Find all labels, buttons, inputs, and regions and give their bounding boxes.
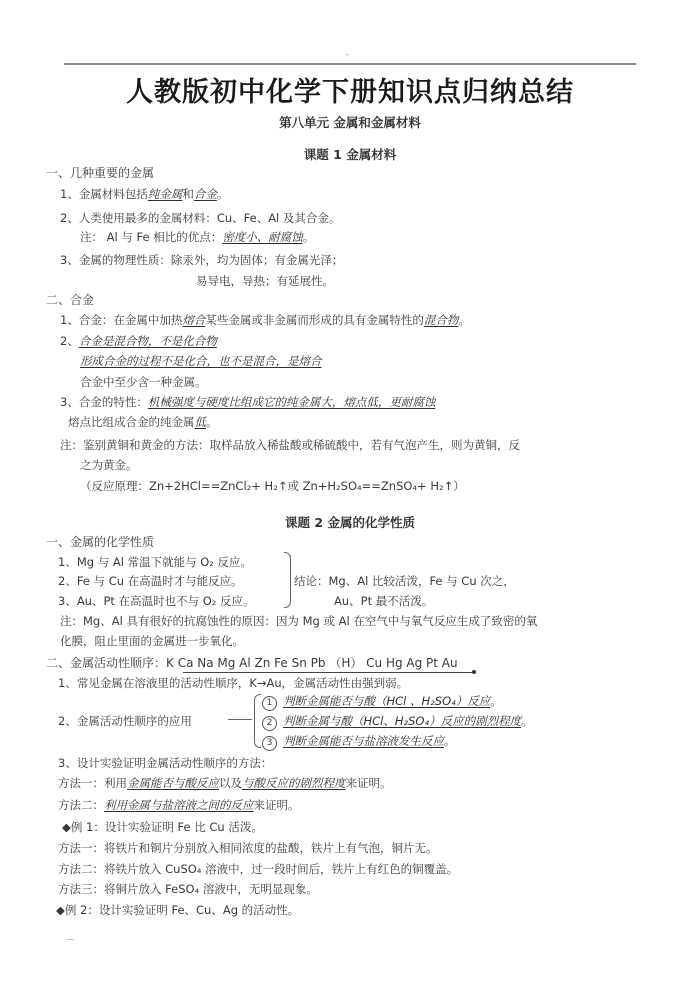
text-line: 1、金属材料包括纯金属和合金。 xyxy=(60,186,228,202)
note-line: 之为黄金。 xyxy=(80,457,138,473)
sequence-arrow-line xyxy=(183,672,473,673)
activity-sequence: K Ca Na Mg Al Zn Fe Sn Pb （H） Cu Hg Ag P… xyxy=(166,656,458,670)
conclusion-line: 结论：Mg、Al 比较活泼，Fe 与 Cu 次之， xyxy=(294,573,515,589)
text-line: 1、常见金属在溶液里的活动性顺序，K→Au，金属活动性由强到弱。 xyxy=(58,675,408,691)
document-page: - 人教版初中化学下册知识点归纳总结 第八单元 金属和金属材料 课题 1 金属材… xyxy=(0,0,700,989)
lesson2-title: 课题 2 金属的化学性质 xyxy=(0,513,700,531)
method-line: 方法一：利用金属能否与酸反应以及与酸反应的剧烈程度来证明。 xyxy=(58,775,392,791)
note-line: 化膜，阻止里面的金属进一步氧化。 xyxy=(60,633,244,649)
method-line: 方法三：将铜片放入 FeSO₄ 溶液中，无明显现象。 xyxy=(58,881,318,897)
method-line: 方法一：将铁片和铜片分别放入相同浓度的盐酸，铁片上有气泡，铜片无。 xyxy=(58,840,438,856)
application-item: 3判断金属能否与盐溶液发生反应。 xyxy=(262,733,456,751)
arrow-line xyxy=(228,719,252,720)
header-rule xyxy=(64,63,636,65)
text-line: 易导电，导热；有延展性。 xyxy=(196,273,334,289)
section-heading: 一、金属的化学性质 xyxy=(46,534,154,550)
sequence-arrow-head xyxy=(472,670,476,674)
application-item: 1判断金属能否与酸（HCl 、H₂SO₄）反应。 xyxy=(262,693,502,711)
text-line: 3、合金的特性：机械强度与硬度比组成它的纯金属大，熔点低，更耐腐蚀 xyxy=(60,394,435,410)
example-line: ◆例 2：设计实验证明 Fe、Cu、Ag 的活动性。 xyxy=(56,902,299,918)
section-heading: 二、合金 xyxy=(46,292,94,308)
text-line: 2、Fe 与 Cu 在高温时才与能反应。 xyxy=(58,573,243,589)
text-line: 2、人类使用最多的金属材料：Cu、Fe、Al 及其合金。 xyxy=(60,210,340,226)
text-line: 3、金属的物理性质：除汞外，均为固体；有金属光泽； xyxy=(60,252,343,268)
text-line: 3、Au、Pt 在高温时也不与 O₂ 反应。 xyxy=(58,593,255,609)
note-line: 注：鉴别黄铜和黄金的方法：取样品放入稀盐酸或稀硫酸中，若有气泡产生，则为黄铜，反 xyxy=(60,437,520,453)
method-line: 方法二：将铁片放入 CuSO₄ 溶液中，过一段时间后，铁片上有红色的铜覆盖。 xyxy=(58,861,458,877)
text-line: 1、Mg 与 Al 常温下就能与 O₂ 反应。 xyxy=(58,554,252,570)
unit-title: 第八单元 金属和金属材料 xyxy=(0,113,700,131)
section-heading: 一、几种重要的金属 xyxy=(46,165,154,181)
left-brace xyxy=(254,694,261,748)
section-heading: 二、金属活动性顺序：K Ca Na Mg Al Zn Fe Sn Pb （H） … xyxy=(46,655,458,671)
footer-mark: — xyxy=(66,935,74,944)
note-line: 注：Mg、Al 具有很好的抗腐蚀性的原因：因为 Mg 或 Al 在空气中与氧气反… xyxy=(60,613,537,629)
text-line: 2、合金是混合物，不是化合物 xyxy=(60,333,217,349)
example-line: ◆例 1：设计实验证明 Fe 比 Cu 活泼。 xyxy=(62,819,263,835)
text-line: 合金中至少含一种金属。 xyxy=(80,374,207,390)
text-line: 1、合金：在金属中加热熔合某些金属或非金属而形成的具有金属特性的混合物。 xyxy=(60,312,470,328)
conclusion-line: Au、Pt 最不活泼。 xyxy=(334,593,433,609)
text-line: 3、设计实验证明金属活动性顺序的方法： xyxy=(58,755,272,771)
method-line: 方法二：利用金属与盐溶液之间的反应来证明。 xyxy=(58,797,300,813)
text-line: 形成合金的过程不是化合，也不是混合，是熔合 xyxy=(80,353,322,369)
reaction-line: （反应原理：Zn+2HCl==ZnCl₂+ H₂↑或 Zn+H₂SO₄==ZnS… xyxy=(80,478,465,494)
text-line: 注： Al 与 Fe 相比的优点：密度小、耐腐蚀。 xyxy=(80,229,314,245)
lesson1-title: 课题 1 金属材料 xyxy=(0,145,700,163)
text-line: 2、金属活动性顺序的应用 xyxy=(58,713,192,729)
right-brace xyxy=(284,552,291,608)
header-mark: - xyxy=(346,50,349,59)
text-line: 熔点比组成合金的纯金属低。 xyxy=(68,414,218,430)
page-title: 人教版初中化学下册知识点归纳总结 xyxy=(0,70,700,109)
application-item: 2判断金属与酸（HCl、H₂SO₄）反应的剧烈程度。 xyxy=(262,713,533,731)
